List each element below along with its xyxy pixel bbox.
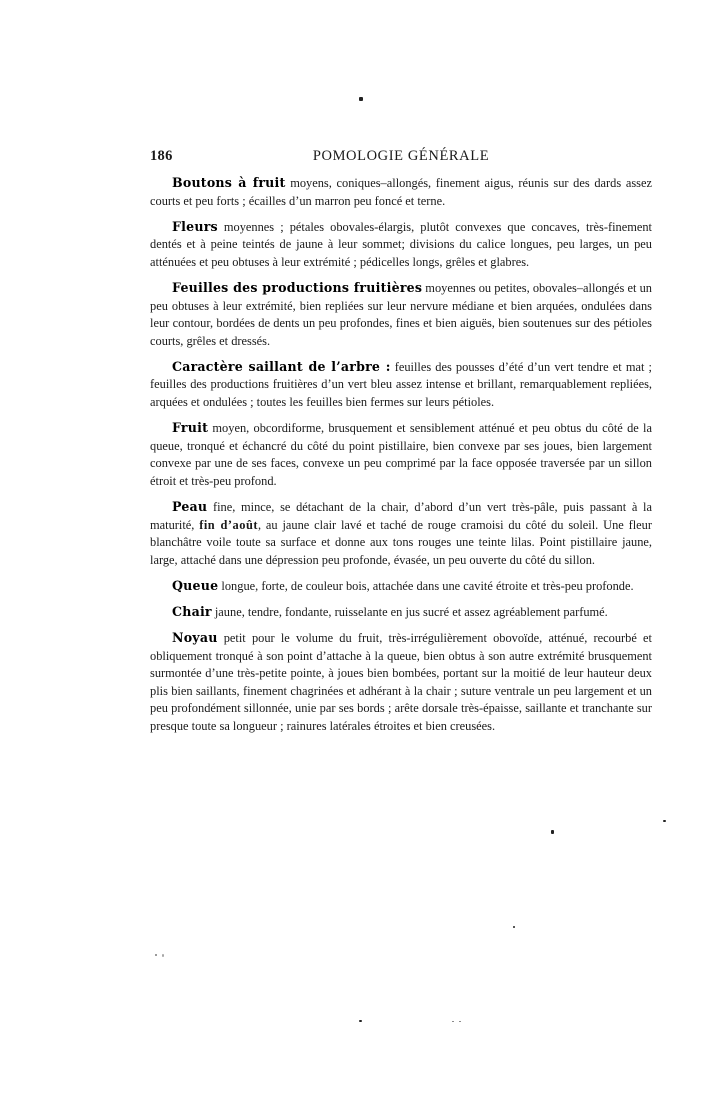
paragraph-peau: Peau fine, mince, se détachant de la cha… xyxy=(150,498,652,569)
paragraph-fleurs: Fleurs moyennes ; pétales obovales-élarg… xyxy=(150,218,652,272)
paragraph-chair: Chair jaune, tendre, fondante, ruisselan… xyxy=(150,603,652,622)
emphasis-date: fin d’août xyxy=(199,518,258,532)
paragraph-text: petit pour le volume du fruit, très-irré… xyxy=(150,631,652,733)
lead-term: Queue xyxy=(172,578,218,593)
paragraph-text: moyen, obcordiforme, brusquement et sens… xyxy=(150,421,652,488)
paragraph-feuilles: Feuilles des productions fruitières moye… xyxy=(150,279,652,350)
paragraph-caractere: Caractère saillant de l’arbre : feuilles… xyxy=(150,358,652,412)
page-header: 186 POMOLOGIE GÉNÉRALE xyxy=(150,148,652,168)
paragraph-queue: Queue longue, forte, de couleur bois, at… xyxy=(150,577,652,596)
scan-speck xyxy=(459,1021,461,1022)
scan-speck xyxy=(359,1020,362,1022)
paragraph-text: moyennes ; pétales obovales-élargis, plu… xyxy=(150,220,652,269)
scan-speck xyxy=(513,926,515,928)
scan-speck xyxy=(155,954,157,956)
paragraph-fruit: Fruit moyen, obcordiforme, brusquement e… xyxy=(150,419,652,490)
paragraph-text: longue, forte, de couleur bois, attachée… xyxy=(218,579,633,593)
scan-speck xyxy=(551,830,554,834)
paragraph-noyau: Noyau petit pour le volume du fruit, trè… xyxy=(150,629,652,736)
lead-term: Noyau xyxy=(172,630,218,645)
lead-term: Peau xyxy=(172,499,207,514)
lead-term: Fruit xyxy=(172,420,208,435)
lead-term: Chair xyxy=(172,604,212,619)
paragraph-text: jaune, tendre, fondante, ruisselante en … xyxy=(212,605,608,619)
paragraph-boutons: Boutons à fruit moyens, coniques–allongé… xyxy=(150,174,652,210)
lead-term: Boutons à fruit xyxy=(172,175,286,190)
scan-speck xyxy=(359,97,363,101)
lead-term: Caractère saillant de l’arbre : xyxy=(172,359,391,374)
scan-speck xyxy=(452,1021,454,1022)
running-head: POMOLOGIE GÉNÉRALE xyxy=(150,148,652,165)
lead-term: Feuilles des productions fruitières xyxy=(172,280,422,295)
scan-speck xyxy=(663,820,666,822)
page-body: Boutons à fruit moyens, coniques–allongé… xyxy=(150,174,652,743)
lead-term: Fleurs xyxy=(172,219,218,234)
scan-speck xyxy=(162,954,164,957)
